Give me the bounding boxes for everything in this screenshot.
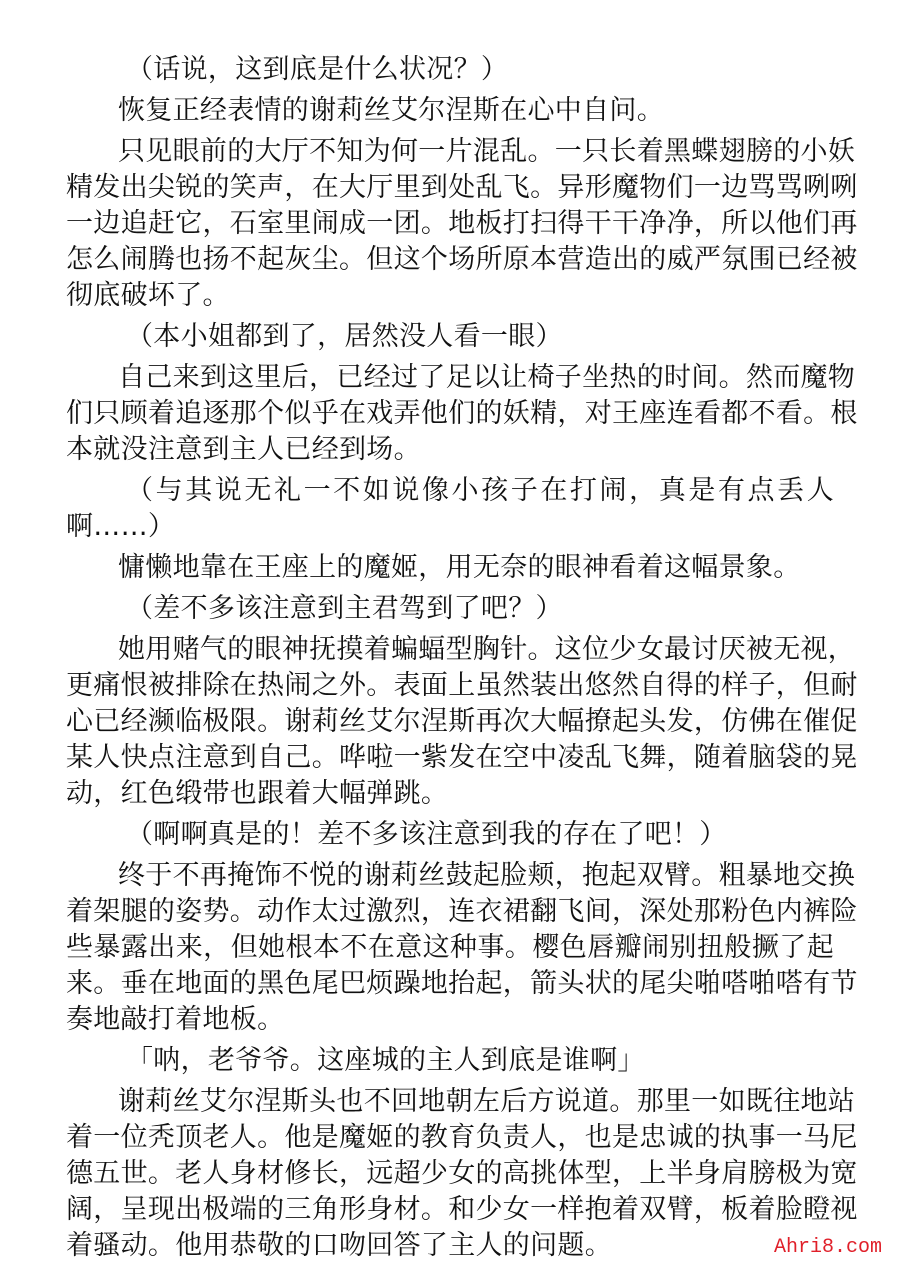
- text-line: 慵懒地靠在王座上的魔姬，用无奈的眼神看着这幅景象。: [66, 550, 834, 586]
- thought-paragraph: （与其说无礼一不如说像小孩子在打闹，真是有点丢人啊……）: [66, 473, 834, 545]
- text-line: 怎么闹腾也扬不起灰尘。但这个场所原本营造出的威严氛围已经被: [66, 242, 834, 278]
- narration-paragraph: 只见眼前的大厅不知为何一片混乱。一只长着黑蝶翅膀的小妖精发出尖锐的笑声，在大厅里…: [66, 134, 834, 314]
- thought-paragraph: （本小姐都到了，居然没人看一眼）: [66, 319, 834, 355]
- thought-paragraph: （话说，这到底是什么状况？）: [66, 52, 834, 88]
- text-line: 啊……）: [66, 509, 834, 545]
- text-line: 阔，呈现出极端的三角形身材。和少女一样抱着双臂，板着脸瞪视: [66, 1192, 834, 1228]
- text-line: 自己来到这里后，已经过了足以让椅子坐热的时间。然而魔物: [66, 360, 834, 396]
- narration-paragraph: 谢莉丝艾尔涅斯头也不回地朝左后方说道。那里一如既往地站着一位秃顶老人。他是魔姬的…: [66, 1084, 834, 1264]
- text-line: 们只顾着追逐那个似乎在戏弄他们的妖精，对王座连看都不看。根: [66, 396, 834, 432]
- text-line: 一边追赶它，石室里闹成一团。地板打扫得干干净净，所以他们再: [66, 206, 834, 242]
- text-line: （啊啊真是的！差不多该注意到我的存在了吧！）: [66, 817, 834, 853]
- watermark: Ahri8.com: [774, 1236, 882, 1259]
- text-line: 只见眼前的大厅不知为何一片混乱。一只长着黑蝶翅膀的小妖: [66, 134, 834, 170]
- text-line: （与其说无礼一不如说像小孩子在打闹，真是有点丢人: [66, 473, 834, 509]
- text-line: 着骚动。他用恭敬的口吻回答了主人的问题。: [66, 1228, 834, 1264]
- text-line: 本就没注意到主人已经到场。: [66, 432, 834, 468]
- thought-paragraph: （啊啊真是的！差不多该注意到我的存在了吧！）: [66, 817, 834, 853]
- thought-paragraph: （差不多该注意到主君驾到了吧？）: [66, 591, 834, 627]
- narration-paragraph: 自己来到这里后，已经过了足以让椅子坐热的时间。然而魔物们只顾着追逐那个似乎在戏弄…: [66, 360, 834, 468]
- narration-paragraph: 恢复正经表情的谢莉丝艾尔涅斯在心中自问。: [66, 93, 834, 129]
- text-line: 终于不再掩饰不悦的谢莉丝鼓起脸颊，抱起双臂。粗暴地交换: [66, 858, 834, 894]
- text-line: 恢复正经表情的谢莉丝艾尔涅斯在心中自问。: [66, 93, 834, 129]
- text-line: 她用赌气的眼神抚摸着蝙蝠型胸针。这位少女最讨厌被无视，: [66, 632, 834, 668]
- text-line: 着架腿的姿势。动作太过激烈，连衣裙翻飞间，深处那粉色内裤险: [66, 894, 834, 930]
- text-line: 奏地敲打着地板。: [66, 1002, 834, 1038]
- text-line: 精发出尖锐的笑声，在大厅里到处乱飞。异形魔物们一边骂骂咧咧: [66, 170, 834, 206]
- text-line: 某人快点注意到自己。哗啦一紫发在空中凌乱飞舞，随着脑袋的晃: [66, 740, 834, 776]
- text-line: （差不多该注意到主君驾到了吧？）: [66, 591, 834, 627]
- text-line: 些暴露出来，但她根本不在意这种事。樱色唇瓣闹别扭般撅了起: [66, 930, 834, 966]
- text-line: 德五世。老人身材修长，远超少女的高挑体型，上半身肩膀极为宽: [66, 1156, 834, 1192]
- text-line: （话说，这到底是什么状况？）: [66, 52, 834, 88]
- narration-paragraph: 终于不再掩饰不悦的谢莉丝鼓起脸颊，抱起双臂。粗暴地交换着架腿的姿势。动作太过激烈…: [66, 858, 834, 1038]
- text-line: 「呐，老爷爷。这座城的主人到底是谁啊」: [66, 1043, 834, 1079]
- body-text: （话说，这到底是什么状况？）恢复正经表情的谢莉丝艾尔涅斯在心中自问。只见眼前的大…: [66, 52, 834, 1269]
- text-line: 动，红色缎带也跟着大幅弹跳。: [66, 776, 834, 812]
- document-page: （话说，这到底是什么状况？）恢复正经表情的谢莉丝艾尔涅斯在心中自问。只见眼前的大…: [0, 0, 900, 1278]
- text-line: 彻底破坏了。: [66, 278, 834, 314]
- text-line: 心已经濒临极限。谢莉丝艾尔涅斯再次大幅撩起头发，仿佛在催促: [66, 704, 834, 740]
- dialogue-paragraph: 「呐，老爷爷。这座城的主人到底是谁啊」: [66, 1043, 834, 1079]
- narration-paragraph: 她用赌气的眼神抚摸着蝙蝠型胸针。这位少女最讨厌被无视，更痛恨被排除在热闹之外。表…: [66, 632, 834, 812]
- text-line: 来。垂在地面的黑色尾巴烦躁地抬起，箭头状的尾尖啪嗒啪嗒有节: [66, 966, 834, 1002]
- text-line: （本小姐都到了，居然没人看一眼）: [66, 319, 834, 355]
- text-line: 更痛恨被排除在热闹之外。表面上虽然装出悠然自得的样子，但耐: [66, 668, 834, 704]
- text-line: 谢莉丝艾尔涅斯头也不回地朝左后方说道。那里一如既往地站: [66, 1084, 834, 1120]
- text-line: 着一位秃顶老人。他是魔姬的教育负责人，也是忠诚的执事一马尼: [66, 1120, 834, 1156]
- narration-paragraph: 慵懒地靠在王座上的魔姬，用无奈的眼神看着这幅景象。: [66, 550, 834, 586]
